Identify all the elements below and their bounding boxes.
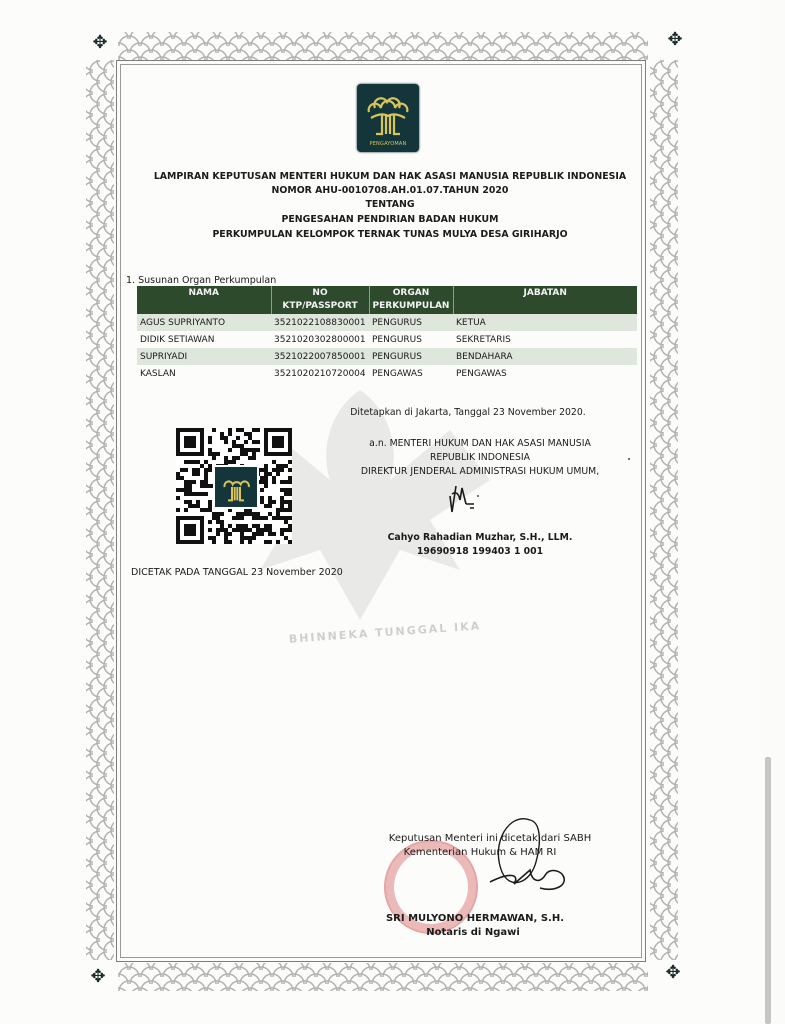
- ornament-corner-icon: ✥: [90, 33, 110, 53]
- on-behalf-line-2: REPUBLIK INDONESIA: [330, 451, 630, 464]
- heading-line-3: TENTANG: [130, 198, 650, 212]
- heading-line-1: LAMPIRAN KEPUTUSAN MENTERI HUKUM DAN HAK…: [130, 170, 650, 184]
- certificate-page: ✥ ✥ ✥ ✥ BHINNEKA TUNGGAL IKA PENGAYOMAN …: [0, 0, 760, 1024]
- table-row: SUPRIYADI 3521022007850001 PENGURUS BEND…: [137, 348, 637, 365]
- signatory-nip: 19690918 199403 1 001: [330, 545, 630, 558]
- printed-date: DICETAK PADA TANGGAL 23 November 2020: [131, 567, 343, 578]
- notary-name: SRI MULYONO HERMAWAN, S.H.: [340, 912, 610, 925]
- border-top: [118, 32, 648, 60]
- place-date: Ditetapkan di Jakarta, Tanggal 23 Novemb…: [318, 406, 618, 419]
- column-header-organ: ORGANPERKUMPULAN: [369, 286, 453, 314]
- pengayoman-emblem-icon: PENGAYOMAN: [357, 84, 419, 152]
- cell-organ: PENGURUS: [369, 314, 453, 331]
- qr-center-logo: [213, 465, 259, 509]
- border-left: [86, 60, 114, 960]
- table-row: DIDIK SETIAWAN 3521020302800001 PENGURUS…: [137, 331, 637, 348]
- cell-jabatan: SEKRETARIS: [453, 331, 637, 348]
- cell-organ: PENGURUS: [369, 331, 453, 348]
- handwritten-signature-icon: [444, 482, 484, 520]
- table-row: KASLAN 3521020210720004 PENGAWAS PENGAWA…: [137, 365, 637, 382]
- cell-nama: SUPRIYADI: [137, 348, 271, 365]
- border-right: [650, 60, 678, 960]
- cell-ktp: 3521020302800001: [271, 331, 369, 348]
- heading-line-2: NOMOR AHU-0010708.AH.01.07.TAHUN 2020: [130, 184, 650, 198]
- table-row: AGUS SUPRIYANTO 3521022108830001 PENGURU…: [137, 314, 637, 331]
- cell-ktp: 3521022007850001: [271, 348, 369, 365]
- logo-caption: PENGAYOMAN: [357, 141, 419, 147]
- column-header-ktp: NOKTP/PASSPORT: [271, 286, 369, 314]
- cell-jabatan: BENDAHARA: [453, 348, 637, 365]
- cell-organ: PENGAWAS: [369, 365, 453, 382]
- heading-line-4: PENGESAHAN PENDIRIAN BADAN HUKUM: [130, 213, 650, 227]
- signatory-name: Cahyo Rahadian Muzhar, S.H., LLM.: [330, 531, 630, 544]
- on-behalf-line-3: DIREKTUR JENDERAL ADMINISTRASI HUKUM UMU…: [330, 465, 630, 478]
- organ-table: NAMA NOKTP/PASSPORT ORGANPERKUMPULAN JAB…: [137, 286, 637, 382]
- cell-nama: AGUS SUPRIYANTO: [137, 314, 271, 331]
- notary-signature-icon: [470, 812, 580, 902]
- notary-title: Notaris di Ngawi: [338, 926, 608, 939]
- column-header-nama: NAMA: [137, 286, 271, 314]
- ornament-corner-icon: ✥: [663, 963, 683, 983]
- heading-line-5: PERKUMPULAN KELOMPOK TERNAK TUNAS MULYA …: [130, 228, 650, 242]
- column-header-jabatan: JABATAN: [453, 286, 637, 314]
- cell-organ: PENGURUS: [369, 348, 453, 365]
- table-header-row: NAMA NOKTP/PASSPORT ORGANPERKUMPULAN JAB…: [137, 286, 637, 314]
- cell-jabatan: PENGAWAS: [453, 365, 637, 382]
- ornament-corner-icon: ✥: [665, 30, 685, 50]
- section-label: 1. Susunan Organ Perkumpulan: [126, 275, 276, 286]
- ornament-corner-icon: ✥: [88, 967, 108, 987]
- cell-jabatan: KETUA: [453, 314, 637, 331]
- cell-nama: KASLAN: [137, 365, 271, 382]
- cell-ktp: 3521020210720004: [271, 365, 369, 382]
- cell-nama: DIDIK SETIAWAN: [137, 331, 271, 348]
- ink-dot: [628, 458, 630, 460]
- on-behalf-line-1: a.n. MENTERI HUKUM DAN HAK ASASI MANUSIA: [330, 437, 630, 450]
- cell-ktp: 3521022108830001: [271, 314, 369, 331]
- vertical-scrollbar[interactable]: [765, 757, 771, 1024]
- border-bottom: [118, 963, 648, 991]
